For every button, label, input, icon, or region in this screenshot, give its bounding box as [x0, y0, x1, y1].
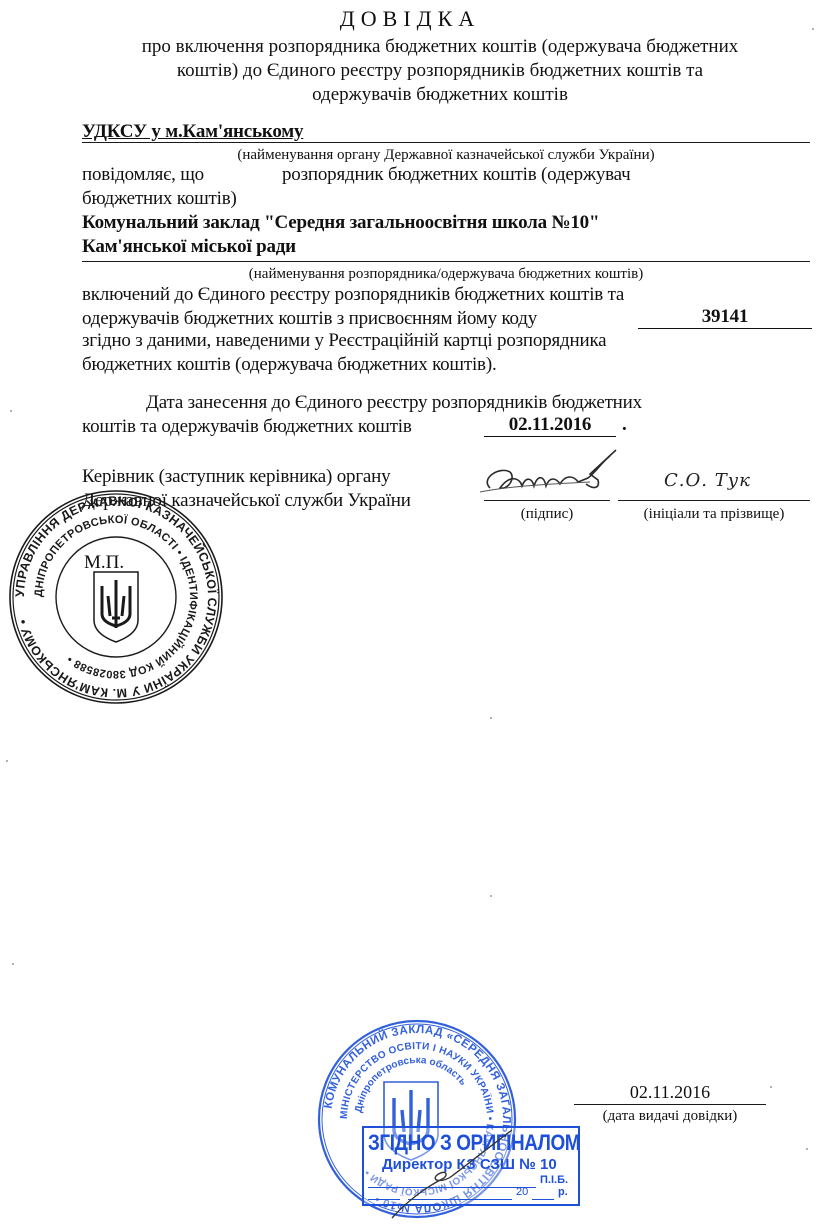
- initials-caption: (ініціали та прізвище): [618, 505, 810, 523]
- certified-stamp-year-suffix: р.: [558, 1186, 568, 1198]
- initials-value: С.О. Тук: [664, 470, 751, 491]
- assigned-code: 39141: [638, 306, 812, 329]
- issue-date-caption: (дата видачі довідки): [574, 1107, 766, 1125]
- recipient-name-line-2: Кам'янської міської ради: [82, 236, 296, 258]
- recipient-caption: (найменування розпорядника/одержувача бю…: [82, 265, 810, 283]
- subtitle-line-3: одержувачів бюджетних коштів: [60, 84, 820, 106]
- registration-date: 02.11.2016.: [484, 414, 627, 437]
- subtitle-line-1: про включення розпорядника бюджетних кош…: [60, 36, 820, 58]
- initials-rule: [618, 500, 810, 501]
- certified-stamp-pib: П.І.Б.: [540, 1174, 568, 1186]
- included-line-3: згідно з даними, наведеними у Реєстрацій…: [82, 330, 606, 352]
- signature-caption: (підпис): [484, 505, 610, 523]
- registration-date-line-2: коштів та одержувачів бюджетних коштів: [82, 416, 412, 438]
- document-title: ДОВІДКА: [0, 6, 820, 32]
- treasury-seal: УПРАВЛІННЯ ДЕРЖАВНОЇ КАЗНАЧЕЙСЬКОЇ СЛУЖБ…: [6, 488, 226, 706]
- issue-date-value: 02.11.2016: [574, 1082, 766, 1103]
- treasury-rule: [82, 142, 810, 143]
- notice-text-b: розпорядник бюджетних коштів (одержувач: [282, 164, 631, 186]
- trident-icon: [102, 580, 130, 628]
- subtitle-line-2: коштів) до Єдиного реєстру розпорядників…: [60, 60, 820, 82]
- notice-text-c: бюджетних коштів): [82, 188, 237, 210]
- registration-date-suffix: .: [622, 414, 627, 435]
- recipient-name-line-1: Комунальний заклад "Середня загальноосві…: [82, 212, 599, 234]
- head-label-line-1: Керівник (заступник керівника) органу: [82, 466, 390, 488]
- included-line-1: включений до Єдиного реєстру розпорядник…: [82, 284, 624, 306]
- signature-rule: [484, 500, 610, 501]
- assigned-code-value: 39141: [638, 306, 812, 329]
- registration-date-line-1: Дата занесення до Єдиного реєстру розпор…: [146, 392, 642, 414]
- included-line-4: бюджетних коштів (одержувача бюджетних к…: [82, 354, 497, 376]
- recipient-rule: [82, 261, 810, 262]
- included-line-2: одержувачів бюджетних коштів з присвоєнн…: [82, 308, 537, 330]
- signature-scribble: [470, 448, 640, 506]
- seal-mark-mp: М.П.: [84, 552, 124, 574]
- treasury-caption: (найменування органу Державної казначейс…: [82, 146, 810, 164]
- registration-date-value: 02.11.2016: [484, 414, 616, 437]
- issue-date-rule: [574, 1104, 766, 1105]
- notice-text-a: повідомляє, що: [82, 164, 204, 186]
- certified-stamp-signature: [388, 1126, 518, 1220]
- treasury-body-name: УДКСУ у м.Кам'янському: [82, 121, 303, 143]
